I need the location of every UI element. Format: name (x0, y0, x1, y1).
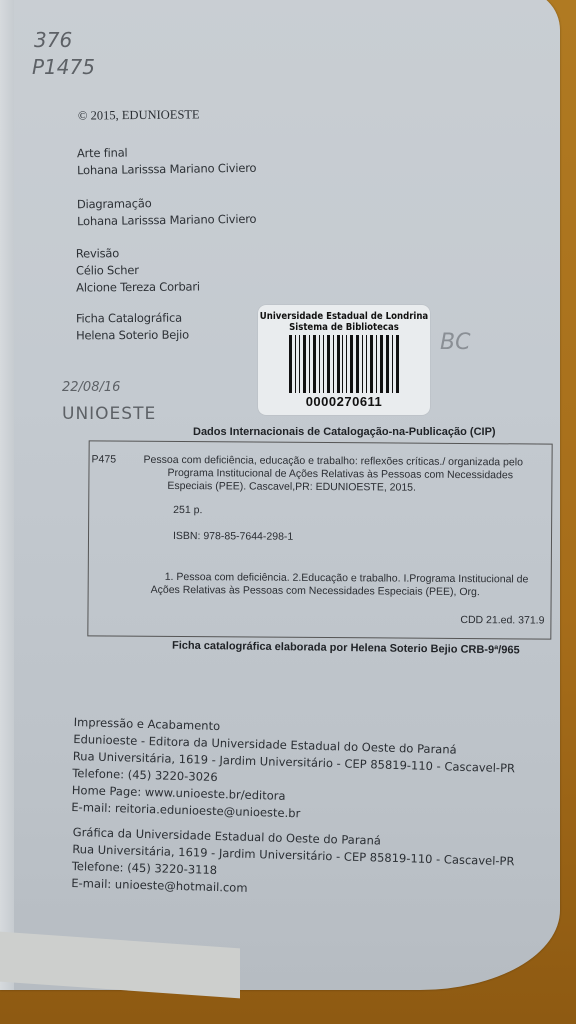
credit-revisao: Revisão Célio Scher Alcione Tereza Corba… (76, 244, 200, 296)
barcode (289, 335, 399, 393)
credit-diagramacao: Diagramação Lohana Larisssa Mariano Civi… (77, 194, 257, 230)
credit-name: Lohana Larisssa Mariano Civiero (77, 160, 256, 179)
sticker-line2: Sistema de Bibliotecas (258, 322, 430, 333)
handwritten-source: UNIOESTE (62, 404, 156, 424)
cip-title: Dados Internacionais de Catalogação-na-P… (193, 426, 496, 438)
handwritten-initials: BC (440, 330, 470, 355)
credit-name: Célio Scher (76, 261, 200, 279)
cip-record-box: P475 Pessoa com deficiência, educação e … (87, 440, 552, 639)
library-barcode-sticker: Universidade Estadual de Londrina Sistem… (258, 305, 430, 415)
copyright: © 2015, EDUNIOESTE (78, 107, 200, 123)
cip-cdd: CDD 21.ed. 371.9 (460, 614, 544, 628)
barcode-number: 0000270611 (258, 394, 430, 409)
sticker-line1: Universidade Estadual de Londrina (258, 311, 430, 322)
handwritten-call-number-2: P1475 (32, 55, 95, 79)
credit-name: Alcione Tereza Corbari (76, 278, 200, 296)
cip-isbn: ISBN: 978-85-7644-298-1 (173, 530, 293, 544)
printing-block: Impressão e Acabamento Edunioeste - Edit… (71, 714, 516, 828)
grafica-block: Gráfica da Universidade Estadual do Oest… (71, 824, 515, 904)
credit-arte-final: Arte final Lohana Larisssa Mariano Civie… (77, 143, 257, 179)
credit-role: Revisão (76, 244, 200, 262)
page-edge (0, 0, 14, 990)
cip-subjects-line2: Ações Relativas às Pessoas com Necessida… (151, 584, 480, 599)
cip-entry-line3: Especiais (PEE). Cascavel,PR: EDUNIOESTE… (167, 480, 416, 495)
credit-name: Helena Soterio Bejio (76, 327, 189, 345)
handwritten-call-number-1: 376 (34, 28, 72, 52)
credit-ficha: Ficha Catalográfica Helena Soterio Bejio (76, 310, 189, 345)
cip-pages: 251 p. (173, 504, 202, 517)
handwritten-date: 22/08/16 (62, 380, 120, 395)
cip-call-code: P475 (92, 453, 117, 466)
credit-name: Lohana Larisssa Mariano Civiero (77, 211, 256, 230)
credit-role: Ficha Catalográfica (76, 310, 189, 328)
